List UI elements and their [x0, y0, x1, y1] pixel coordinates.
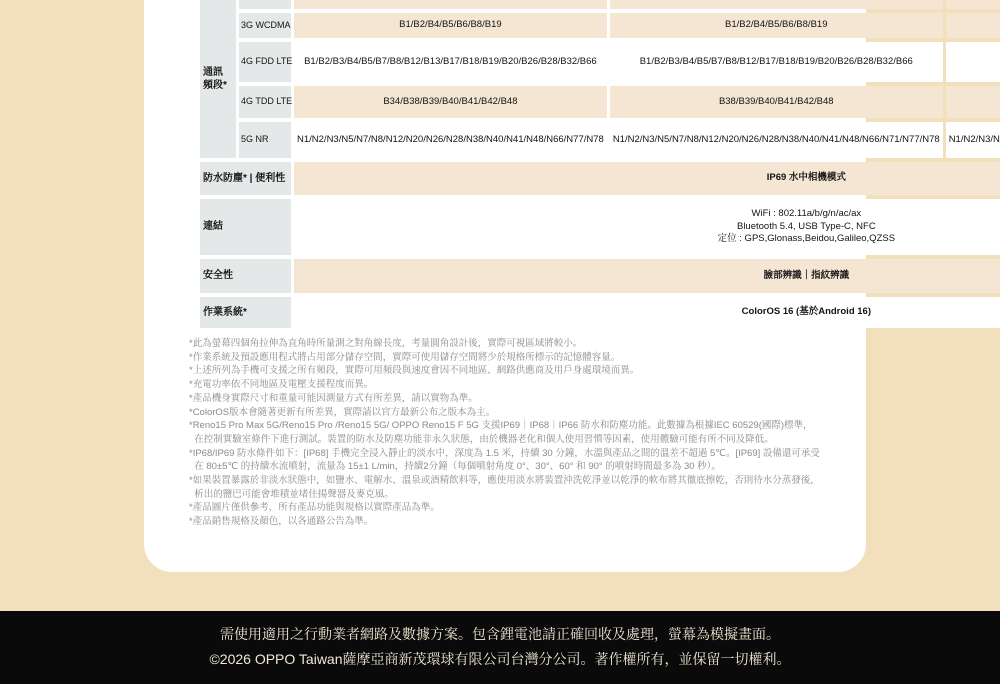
partial-row-sublabel-cell [239, 0, 291, 9]
band-cell: N1/N2/N3/N5/N7/N8/N12/N20/N26/N28/N38/N4… [610, 122, 943, 158]
footnote: *充電功率依不同地區及電壓支援程度而異。 [189, 378, 821, 392]
connectivity-gps: 定位 : GPS,Glonass,Beidou,Galileo,QZSS [718, 233, 895, 246]
sublabel-4g-tdd-lte: 4G TDD LTE [239, 86, 291, 118]
legal-footer-line1: 需使用適用之行動業者網路及數據方案。包含鋰電池請正確回收及處理，螢幕為模擬畫面。 [0, 622, 1000, 647]
footnote: *Reno15 Pro Max 5G/Reno15 Pro /Reno15 5G… [189, 419, 821, 446]
footnote: *ColorOS版本會隨著更新有所差異，實際請以官方最新公布之版本為主。 [189, 406, 821, 420]
row-label-security: 安全性 [200, 259, 291, 293]
band-cell: B1/B2/B4/B5/B6/B19 [946, 13, 1000, 38]
row-label-comm-bands-line1: 通訊 [203, 66, 223, 79]
security-value: 臉部辨識｜指紋辨識 [294, 259, 1000, 293]
footnotes: *此為螢幕四個角拉伸為直角時所量測之對角線長度，考量圓角設計後，實際可視區域將較… [189, 337, 821, 529]
os-value: ColorOS 16 (基於Android 16) [294, 297, 1000, 328]
row-label-comm-bands-line2: 頻段* [203, 79, 227, 92]
band-cell: B1/B2/B3/B4/B5/B7/B8/B12/B13/B17/B18/B19… [294, 42, 607, 82]
connectivity-bluetooth: Bluetooth 5.4, USB Type-C, NFC [737, 221, 876, 234]
footnote: *產品銷售規格及顏色，以各通路公告為準。 [189, 515, 821, 529]
band-cell: B34/B38/B39/B40/B41/B42/B48 [294, 86, 607, 118]
sublabel-3g-wcdma: 3G WCDMA [239, 13, 291, 38]
legal-footer-line2: ©2026 OPPO Taiwan薩摩亞商新茂環球有限公司台灣分公司。著作權所有… [0, 647, 1000, 672]
footnote: *上述所列為手機可支援之所有頻段，實際可用頻段與速度會因不同地區、網路供應商及用… [189, 364, 821, 378]
band-cell: B1/B2/B3/B4/B5/B7/B8/B18/B19/B20/B26/B28… [946, 42, 1000, 82]
footnote: *產品圖片僅供參考，所有產品功能與規格以實際產品為準。 [189, 501, 821, 515]
spec-table: 通訊 頻段* 3G WCDMA B1/B2/B4/B5/B6/B8/B19 B1… [200, 0, 794, 328]
footnote: *如果裝置暴露於非淡水狀態中，如鹽水、電解水、溫泉或酒精飲料等，應使用淡水將裝置… [189, 474, 821, 501]
footnote: *作業系統及預設應用程式將占用部分儲存空間，實際可使用儲存空間將少於規格所標示的… [189, 351, 821, 365]
band-cell: B1/B2/B3/B4/B5/B7/B8/B12/B17/B18/B19/B20… [610, 42, 943, 82]
partial-row-cell [610, 0, 943, 9]
band-cell: B38/B39/B40/B41/B42/B48 [610, 86, 943, 118]
sublabel-4g-fdd-lte: 4G FDD LTE [239, 42, 291, 82]
band-cell: N1/N2/N3/N5/N7/N8/N12/N20/N26/N28/N38/N4… [946, 122, 1000, 158]
sublabel-5g-nr: 5G NR [239, 122, 291, 158]
row-label-connectivity: 連結 [200, 199, 291, 255]
footnote: *此為螢幕四個角拉伸為直角時所量測之對角線長度，考量圓角設計後，實際可視區域將較… [189, 337, 821, 351]
row-label-waterproof: 防水防塵* | 便利性 [200, 162, 291, 195]
band-cell: B1/B2/B4/B5/B6/B8/B19 [294, 13, 607, 38]
band-cell: B1/B2/B4/B5/B6/B8/B19 [610, 13, 943, 38]
footnote: *產品機身實際尺寸和重量可能因測量方式有所差異，請以實物為準。 [189, 392, 821, 406]
connectivity-value: WiFi : 802.11a/b/g/n/ac/ax Bluetooth 5.4… [294, 199, 1000, 255]
footnote: *IP68/IP69 防水條件如下：[IP68] 手機完全浸入靜止的淡水中，深度… [189, 447, 821, 474]
row-label-comm-bands: 通訊 頻段* [200, 0, 236, 158]
legal-footer: 需使用適用之行動業者網路及數據方案。包含鋰電池請正確回收及處理，螢幕為模擬畫面。… [0, 611, 1000, 684]
waterproof-value: IP69 水中相機模式 [294, 162, 1000, 195]
connectivity-wifi: WiFi : 802.11a/b/g/n/ac/ax [752, 208, 862, 221]
row-label-os: 作業系統* [200, 297, 291, 328]
band-cell: N1/N2/N3/N5/N7/N8/N12/N20/N26/N28/N38/N4… [294, 122, 607, 158]
band-cell: B38/B40/B41/B42/B43/B48 [946, 86, 1000, 118]
spec-card: 通訊 頻段* 3G WCDMA B1/B2/B4/B5/B6/B8/B19 B1… [144, 0, 866, 572]
partial-row-cell [294, 0, 607, 9]
partial-row-cell [946, 0, 1000, 9]
